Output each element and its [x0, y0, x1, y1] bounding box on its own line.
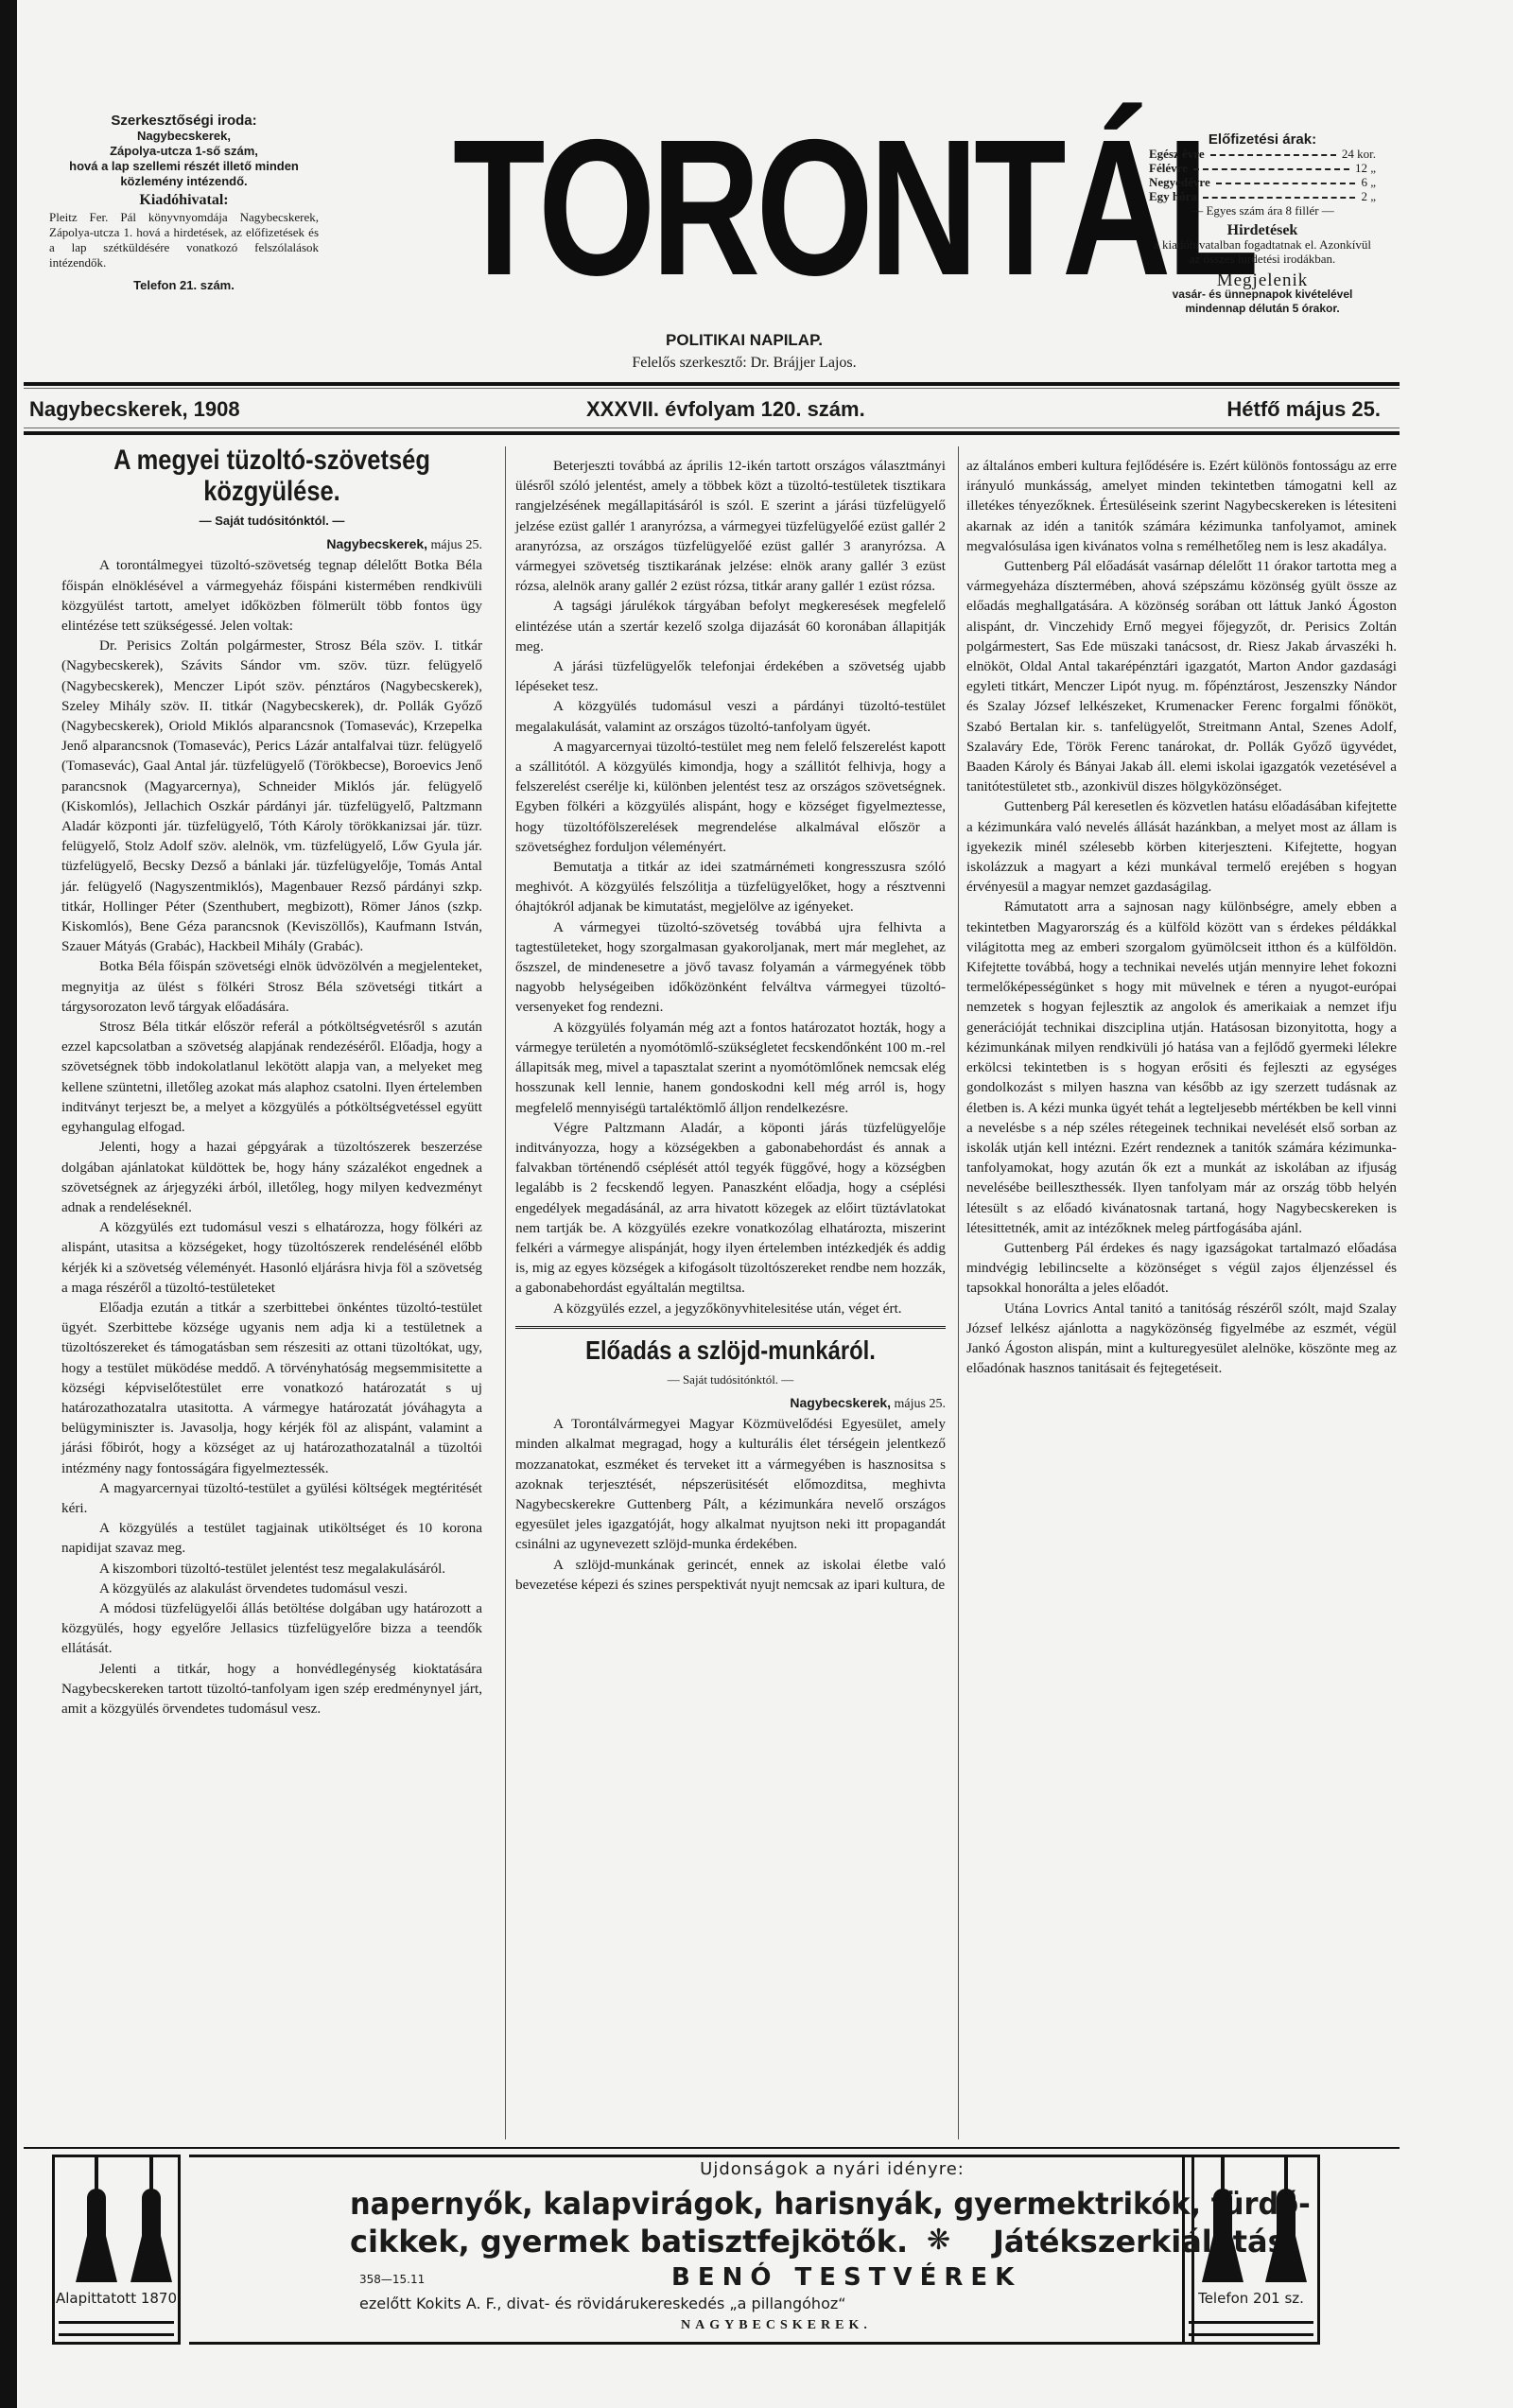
office-phone: Telefon 21. szám. — [49, 278, 319, 293]
paragraph: Guttenberg Pál előadását vasárnap délelő… — [966, 556, 1397, 796]
publisher-text: Pleitz Fer. Pál könyvnyomdája Nagybecske… — [49, 210, 319, 270]
top-rule — [24, 382, 1400, 386]
paragraph: A közgyülés tudomásul veszi a párdányi t… — [515, 696, 946, 736]
scan-edge — [0, 0, 17, 2408]
paragraph: Beterjeszti továbbá az április 12-ikén t… — [515, 456, 946, 596]
top-rule-thin — [24, 388, 1400, 389]
newspaper-subtitle: POLITIKAI NAPILAP. — [371, 331, 1118, 350]
bottom-rule — [24, 431, 1400, 435]
single-issue-price: — Egyes szám ára 8 fillér — — [1149, 203, 1376, 218]
paragraph: Rámutatott arra a sajnosan nagy különbsé… — [966, 897, 1397, 1237]
paragraph: Előadja ezután a titkár a szerbittebei ö… — [61, 1298, 482, 1478]
office-street: Zápolya-utcza 1-ső szám, — [49, 144, 319, 159]
paragraph: A közgyülés a testület tagjainak utikölt… — [61, 1518, 482, 1558]
ad-city: NAGYBECSKEREK. — [681, 2318, 872, 2333]
editorial-office-info: Szerkesztőségi iroda: Nagybecskerek, Záp… — [49, 113, 319, 293]
paragraph: A járási tüzfelügyelők telefonjai érdeké… — [515, 656, 946, 696]
ads-text: a kiadóhivatalban fogadtatnak el. Azonkí… — [1149, 237, 1376, 266]
paragraph: Dr. Perisics Zoltán polgármester, Strosz… — [61, 636, 482, 956]
price-row: Félévre12 „ — [1149, 161, 1376, 175]
article2-headline: Előadás a szlöjd-munkáról. — [531, 1335, 930, 1366]
subscription-info: Előfizetési árak: Egész évre24 kor. Félé… — [1149, 132, 1376, 316]
paragraph: A vármegyei tüzoltó-szövetség továbbá uj… — [515, 917, 946, 1018]
paragraph: A kiszombori tüzoltó-testület jelentést … — [61, 1559, 482, 1579]
ad-phone: Telefon 201 sz. — [1185, 2290, 1317, 2307]
paragraph: Jelenti a titkár, hogy a honvédlegénység… — [61, 1659, 482, 1719]
ad-ref: 358—15.11 — [359, 2273, 425, 2286]
appears-title: Megjelenik — [1149, 273, 1376, 288]
paragraph: A közgyülés ezt tudomásul veszi s elhatá… — [61, 1217, 482, 1298]
ad-headline: Ujdonságok a nyári idényre: — [189, 2159, 1191, 2179]
price-row: Negyedévre6 „ — [1149, 175, 1376, 189]
paragraph: A közgyülés az alakulást örvendetes tudo… — [61, 1579, 482, 1598]
ad-former-name: ezelőtt Kokits A. F., divat- és rövidáru… — [359, 2295, 846, 2312]
bottom-rule-thin — [24, 428, 1400, 428]
price-row: Egy hóra2 „ — [1149, 189, 1376, 203]
article1-headline: A megyei tüzoltó-szövetség közgyülése. — [77, 445, 466, 507]
office-title: Szerkesztőségi iroda: — [49, 113, 319, 129]
article1-byline: — Saját tudósitónktól. — — [61, 511, 482, 531]
ad-stripes — [1189, 2321, 1313, 2336]
ad-main-panel: Ujdonságok a nyári idényre: napernyők, k… — [189, 2155, 1194, 2345]
paragraph: Jelenti, hogy a hazai gépgyárak a tüzolt… — [61, 1137, 482, 1217]
ad-line2: cikkek, gyermek batisztfejkötők. — [350, 2224, 908, 2260]
article-separator — [515, 1326, 946, 1329]
paragraph: Guttenberg Pál érdekes és nagy igazságok… — [966, 1238, 1397, 1299]
article2-byline: — Saját tudósitónktól. — — [515, 1370, 946, 1389]
ads-title: Hirdetések — [1149, 223, 1376, 237]
paragraph: A tagsági járulékok tárgyában befolyt me… — [515, 596, 946, 656]
paragraph: Bemutatja a titkár az idei szatmárnémeti… — [515, 857, 946, 917]
issue-date: Hétfő május 25. — [1226, 397, 1381, 422]
dateline: Nagybecskerek, 1908 XXXVII. évfolyam 120… — [24, 395, 1400, 424]
newspaper-title: TORONTÁL — [453, 113, 1035, 303]
appears-text: vasár- és ünnepnapok kivételével mindenn… — [1149, 288, 1376, 316]
ad-right-panel: Telefon 201 sz. — [1182, 2155, 1320, 2345]
price-row: Egész évre24 kor. — [1149, 147, 1376, 161]
publisher-title: Kiadóhivatal: — [49, 193, 319, 208]
article2-placedate: Nagybecskerek, május 25. — [515, 1393, 946, 1414]
paragraph: A torontálmegyei tüzoltó-szövetség tegna… — [61, 555, 482, 636]
ad-line1: napernyők, kalapvirágok, harisnyák, gyer… — [350, 2186, 1311, 2222]
paragraph: Strosz Béla titkár először referál a pót… — [61, 1017, 482, 1137]
column-divider — [505, 446, 506, 2139]
paragraph: Guttenberg Pál keresetlen és közvetlen h… — [966, 796, 1397, 897]
office-city: Nagybecskerek, — [49, 129, 319, 144]
star-icon: ❋ — [927, 2224, 950, 2257]
article-sloyd-col3: az általános emberi kultura fejlődésére … — [966, 456, 1397, 1378]
ad-top-rule — [24, 2147, 1400, 2149]
place-year: Nagybecskerek, 1908 — [29, 397, 240, 422]
editor-line: Felelős szerkesztő: Dr. Brájjer Lajos. — [371, 355, 1118, 372]
paragraph: Végre Paltzmann Aladár, a köponti járás … — [515, 1118, 946, 1299]
paragraph: A közgyülés folyamán még azt a fontos ha… — [515, 1018, 946, 1118]
ad-left-panel: Alapittatott 1870 — [52, 2155, 181, 2345]
prices-title: Előfizetési árak: — [1149, 132, 1376, 147]
issue-number: XXXVII. évfolyam 120. szám. — [586, 397, 865, 422]
paragraph: az általános emberi kultura fejlődésére … — [966, 456, 1397, 556]
column-divider — [958, 446, 959, 2139]
paragraph: A szlöjd-munkának gerincét, ennek az isk… — [515, 1555, 946, 1595]
founded-label: Alapittatott 1870 — [55, 2290, 178, 2307]
ad-stripes — [59, 2321, 174, 2336]
article-fire-association-col2: Beterjeszti továbbá az április 12-ikén t… — [515, 456, 946, 1595]
paragraph: Utána Lovrics Antal tanitó a tanitóság r… — [966, 1299, 1397, 1379]
paragraph: A magyarcernyai tüzoltó-testület meg nem… — [515, 737, 946, 857]
paragraph: A módosi tüzfelügyelői állás betöltése d… — [61, 1598, 482, 1659]
paragraph: A magyarcernyai tüzoltó-testület a gyülé… — [61, 1478, 482, 1518]
article-fire-association-col1: A megyei tüzoltó-szövetség közgyülése. —… — [61, 445, 482, 1719]
paragraph: A közgyülés ezzel, a jegyzőkönyvhitelesi… — [515, 1299, 946, 1318]
office-note: hová a lap szellemi részét illető minden… — [49, 159, 319, 189]
paragraph: Botka Béla főispán szövetségi elnök üdvö… — [61, 956, 482, 1017]
ad-company: BENÓ TESTVÉREK — [671, 2263, 1021, 2292]
paragraph: A Torontálvármegyei Magyar Közmüvelődési… — [515, 1414, 946, 1554]
article1-placedate: Nagybecskerek, május 25. — [61, 534, 482, 555]
